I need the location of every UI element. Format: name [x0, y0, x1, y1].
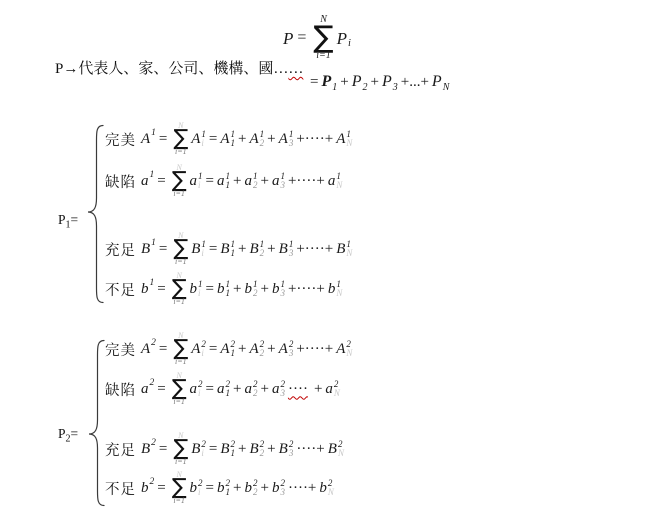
script-stack: 21	[231, 340, 236, 358]
variable: A23	[279, 340, 294, 358]
sigma-symbol: ∑	[172, 172, 187, 191]
variable-base: B	[250, 442, 259, 457]
operator: +····+	[288, 173, 325, 190]
variable-base: A	[141, 132, 150, 147]
group-p1-label: P1=	[58, 212, 78, 231]
row-label: 完美	[105, 129, 136, 150]
subscript: 2	[260, 139, 265, 148]
superscript: 2	[151, 439, 156, 449]
subscript: 1	[226, 488, 231, 497]
subscript: 1	[332, 83, 337, 93]
formula-row-p1-insufficient: 不足b1=N∑i=1b1i=b11+b12+b13+····+b1N	[105, 266, 342, 312]
variable-base: B	[250, 242, 259, 257]
variable: P3	[382, 74, 398, 90]
operator: +	[260, 173, 268, 190]
group-p1-label-base: P	[58, 212, 66, 227]
summation: N∑i=1	[172, 272, 187, 307]
sum-lower-limit: i=1	[175, 148, 187, 156]
subscript: 1	[231, 139, 236, 148]
variable-base: B	[141, 442, 150, 457]
variable: b1i	[190, 280, 203, 298]
operator: =	[206, 173, 214, 190]
variable-base: a	[141, 382, 149, 397]
variable-base: b	[272, 481, 280, 496]
subscript: 3	[280, 181, 285, 190]
row-label: 不足	[105, 478, 136, 499]
operator: +	[371, 74, 379, 91]
superscript: 1	[151, 129, 156, 139]
variable-base: B	[220, 242, 229, 257]
variable-base: b	[328, 282, 336, 297]
row-label: 缺陷	[105, 171, 136, 192]
operator: +	[267, 241, 275, 258]
operator: +	[233, 480, 241, 497]
row-label: 充足	[105, 439, 136, 460]
script-stack: 1i	[198, 172, 203, 190]
superscript: 1	[150, 171, 155, 181]
operator: =	[206, 480, 214, 497]
subscript: i	[201, 139, 206, 148]
variable-base: P	[321, 74, 331, 90]
script-stack: 22	[260, 440, 265, 458]
sigma-symbol: ∑	[313, 25, 333, 51]
operator: =	[209, 341, 217, 358]
variable: Pi	[337, 30, 351, 47]
script-stack: 11	[226, 172, 231, 190]
operator: +	[260, 281, 268, 298]
script-stack: 11	[231, 130, 236, 148]
script-stack: 13	[280, 280, 285, 298]
variable-base: b	[272, 282, 280, 297]
variable-base: A	[141, 342, 150, 357]
variable-base: A	[220, 342, 229, 357]
operator: +····+	[296, 241, 333, 258]
variable: b13	[272, 280, 285, 298]
subscript: i	[201, 249, 206, 258]
script-stack: 13	[289, 130, 294, 148]
variable-base: B	[279, 442, 288, 457]
variable-base: a	[244, 174, 252, 189]
variable-base: A	[336, 342, 345, 357]
variable-base: a	[190, 174, 198, 189]
variable-base: A	[191, 132, 200, 147]
variable: B11	[220, 240, 235, 258]
script-stack: 2N	[346, 340, 352, 358]
variable: A2N	[336, 340, 352, 358]
variable: a22	[244, 380, 257, 398]
script-stack: 21	[226, 479, 231, 497]
variable-base: A	[336, 132, 345, 147]
summation: N∑i=1	[172, 164, 187, 199]
subscript: 2	[253, 488, 258, 497]
variable: A1i	[191, 130, 206, 148]
variable: b2N	[319, 479, 334, 497]
variable: A1N	[336, 130, 352, 148]
intro-annotation: P→代表人、家、公司、機構、國……	[55, 57, 303, 78]
variable-base: b	[190, 481, 198, 496]
group-p1-label-eq: =	[71, 212, 79, 227]
script-stack: 21	[226, 380, 231, 398]
variable-base: B	[141, 242, 150, 257]
variable: B2	[141, 442, 156, 457]
variable-base: b	[141, 282, 149, 297]
operator: +	[340, 74, 348, 91]
variable: b12	[244, 280, 257, 298]
subscript: 2	[260, 449, 265, 458]
subscript: 2	[260, 349, 265, 358]
script-stack: 12	[260, 240, 265, 258]
subscript: i	[198, 289, 203, 298]
script-stack: 2N	[328, 479, 334, 497]
superscript: 1	[150, 279, 155, 289]
variable: A11	[220, 130, 235, 148]
variable: b2	[141, 481, 154, 496]
sigma-symbol: ∑	[172, 479, 187, 498]
variable-base: P	[432, 74, 442, 90]
script-stack: 22	[253, 380, 258, 398]
variable: A2i	[191, 340, 206, 358]
subscript: 2	[253, 181, 258, 190]
script-stack: 2N	[338, 440, 344, 458]
subscript: i	[198, 488, 203, 497]
variable: b1N	[328, 280, 343, 298]
variable: A13	[279, 130, 294, 148]
sum-lower-limit: i=1	[173, 190, 185, 198]
variable: A22	[250, 340, 265, 358]
script-stack: 13	[289, 240, 294, 258]
summation: N∑i=1	[173, 122, 188, 157]
variable: B2i	[191, 440, 206, 458]
subscript: 1	[231, 249, 236, 258]
subscript: 1	[231, 349, 236, 358]
summation: N∑i=1	[173, 232, 188, 267]
operator: +····+	[296, 341, 333, 358]
variable-base: A	[191, 342, 200, 357]
operator: =	[159, 441, 167, 458]
intro-text: P→代表人、家、公司、機構、國…	[55, 61, 288, 77]
sigma-symbol: ∑	[173, 440, 188, 459]
operator: +	[267, 131, 275, 148]
variable: A21	[220, 340, 235, 358]
script-stack: 1i	[198, 280, 203, 298]
variable-base: A	[279, 132, 288, 147]
variable: B23	[279, 440, 294, 458]
variable-base: a	[244, 382, 252, 397]
variable: B12	[250, 240, 265, 258]
operator: +	[267, 441, 275, 458]
subscript: 1	[226, 389, 231, 398]
variable-base: a	[217, 382, 225, 397]
summation: N∑i=1	[173, 332, 188, 367]
script-stack: 22	[260, 340, 265, 358]
variable-base: a	[325, 382, 333, 397]
variable: b11	[217, 280, 230, 298]
script-stack: 22	[253, 479, 258, 497]
variable: b2i	[190, 479, 203, 497]
variable-base: a	[217, 174, 225, 189]
script-stack: 1N	[346, 240, 352, 258]
subscript: 2	[260, 249, 265, 258]
variable: a1	[141, 174, 154, 189]
subscript: i	[348, 39, 351, 50]
operator: +····+	[296, 131, 333, 148]
operator: =	[206, 381, 214, 398]
operator: ····+	[288, 480, 316, 497]
subscript: N	[338, 449, 344, 458]
variable-base: B	[191, 242, 200, 257]
row-label: 不足	[105, 279, 136, 300]
script-stack: 23	[289, 440, 294, 458]
variable-base: B	[279, 242, 288, 257]
sum-lower-limit: i=1	[173, 398, 185, 406]
variable: B1i	[191, 240, 206, 258]
script-stack: 1N	[336, 280, 342, 298]
summation: N∑i=1	[173, 432, 188, 467]
variable: P1	[321, 74, 337, 90]
sigma-symbol: ∑	[173, 340, 188, 359]
subscript: i	[198, 181, 203, 190]
variable: B22	[250, 440, 265, 458]
variable-base: a	[141, 174, 149, 189]
subscript: 3	[289, 249, 294, 258]
subscript: 3	[289, 449, 294, 458]
script-stack: 1i	[201, 240, 206, 258]
variable-base: A	[250, 342, 259, 357]
variable: b21	[217, 479, 230, 497]
variable: a1N	[328, 172, 343, 190]
variable-base: B	[328, 442, 337, 457]
subscript: 3	[289, 349, 294, 358]
sum-lower-limit: i=1	[173, 497, 185, 505]
variable-base: P	[352, 74, 362, 90]
operator: +	[314, 381, 322, 398]
operator: =	[209, 441, 217, 458]
variable: A1	[141, 132, 156, 147]
variable-base: A	[250, 132, 259, 147]
left-brace-p1	[86, 124, 106, 304]
subscript: 3	[280, 289, 285, 298]
variable: b1	[141, 282, 154, 297]
variable: a2N	[325, 380, 340, 398]
variable-base: b	[244, 282, 252, 297]
operator: =	[157, 480, 165, 497]
variable-base: b	[190, 282, 198, 297]
operator-spellcheck-squiggle: ····	[288, 381, 308, 398]
subscript: N	[346, 139, 352, 148]
operator: +	[260, 381, 268, 398]
formula-row-p2-insufficient: 不足b2=N∑i=1b2i=b21+b22+b23····+b2N	[105, 465, 334, 511]
operator: =	[159, 131, 167, 148]
operator: +	[238, 441, 246, 458]
operator: +	[238, 341, 246, 358]
subscript: i	[201, 449, 206, 458]
script-stack: 2i	[201, 340, 206, 358]
operator: =	[310, 74, 318, 91]
superscript: 2	[150, 478, 155, 488]
script-stack: 23	[280, 479, 285, 497]
subscript: N	[346, 349, 352, 358]
row-label: 充足	[105, 239, 136, 260]
subscript: 1	[226, 181, 231, 190]
operator: =	[157, 173, 165, 190]
summation: N∑i=1	[172, 372, 187, 407]
variable: B1	[141, 242, 156, 257]
sigma-symbol: ∑	[172, 280, 187, 299]
variable: a11	[217, 172, 230, 190]
subscript: 1	[231, 449, 236, 458]
variable-base: a	[190, 382, 198, 397]
variable: a2i	[190, 380, 203, 398]
superscript: 1	[151, 239, 156, 249]
variable: PN	[432, 74, 449, 90]
variable: b22	[244, 479, 257, 497]
variable: a2	[141, 382, 154, 397]
operator: =	[209, 131, 217, 148]
variable-base: b	[217, 481, 225, 496]
subscript: i	[198, 389, 203, 398]
script-stack: 12	[253, 172, 258, 190]
script-stack: 11	[226, 280, 231, 298]
script-stack: 12	[253, 280, 258, 298]
operator: +	[233, 281, 241, 298]
superscript: 2	[151, 339, 156, 349]
variable: P	[283, 30, 293, 47]
script-stack: 2N	[334, 380, 340, 398]
script-stack: 1N	[336, 172, 342, 190]
operator: +····+	[288, 281, 325, 298]
script-stack: 2i	[198, 380, 203, 398]
subscript: 3	[289, 139, 294, 148]
sum-lower-limit: i=1	[173, 298, 185, 306]
operator: +	[233, 381, 241, 398]
row-label: 缺陷	[105, 379, 136, 400]
script-stack: 12	[260, 130, 265, 148]
variable: a1i	[190, 172, 203, 190]
operator: =	[157, 381, 165, 398]
formula-row-p1-perfect: 完美A1=N∑i=1A1i=A11+A12+A13+····+A1N	[105, 116, 352, 162]
variable-base: A	[220, 132, 229, 147]
row-label: 完美	[105, 339, 136, 360]
variable-base: b	[244, 481, 252, 496]
subscript: N	[336, 289, 342, 298]
operator: =	[159, 241, 167, 258]
subscript: 2	[253, 289, 258, 298]
formula-row-p2-defect: 缺陷a2=N∑i=1a2i=a21+a22+a23····+a2N	[105, 366, 340, 412]
subscript: 1	[226, 289, 231, 298]
variable: P2	[352, 74, 368, 90]
variable-base: B	[220, 442, 229, 457]
variable: b23	[272, 479, 285, 497]
intro-text-spellcheck-squiggle: …	[288, 61, 303, 77]
variable-base: B	[191, 442, 200, 457]
operator: +	[260, 480, 268, 497]
variable: a13	[272, 172, 285, 190]
variable: B1N	[336, 240, 352, 258]
subscript: N	[334, 389, 340, 398]
sum-lower-limit: i=1	[316, 51, 331, 61]
script-stack: 21	[231, 440, 236, 458]
sigma-symbol: ∑	[173, 130, 188, 149]
subscript: N	[328, 488, 334, 497]
subscript: i	[201, 349, 206, 358]
script-stack: 2i	[201, 440, 206, 458]
variable: a21	[217, 380, 230, 398]
operator: ····+	[296, 441, 324, 458]
group-p2-label: P2=	[58, 426, 78, 445]
operator: =	[157, 281, 165, 298]
variable-base: b	[141, 481, 149, 496]
script-stack: 13	[280, 172, 285, 190]
sigma-symbol: ∑	[172, 380, 187, 399]
script-stack: 23	[280, 380, 285, 398]
superscript: 2	[150, 379, 155, 389]
variable: A12	[250, 130, 265, 148]
subscript: N	[443, 83, 450, 93]
variable-base: a	[272, 174, 280, 189]
operator: =	[159, 341, 167, 358]
variable-base: P	[382, 74, 392, 90]
script-stack: 23	[289, 340, 294, 358]
variable: B2N	[328, 440, 344, 458]
operator: =	[206, 281, 214, 298]
variable: B13	[279, 240, 294, 258]
left-brace-p2	[87, 339, 107, 507]
variable-base: A	[279, 342, 288, 357]
variable: A2	[141, 342, 156, 357]
subscript: 2	[363, 83, 368, 93]
operator: =	[209, 241, 217, 258]
variable-base: b	[319, 481, 327, 496]
operator: +	[267, 341, 275, 358]
main-equation-line2: =P1+P2+P3+...+PN	[307, 70, 449, 94]
subscript: 3	[280, 488, 285, 497]
operator: =	[297, 29, 306, 47]
subscript: 3	[280, 389, 285, 398]
variable: B21	[220, 440, 235, 458]
script-stack: 1i	[201, 130, 206, 148]
subscript: N	[346, 249, 352, 258]
subscript: N	[336, 181, 342, 190]
variable-base: b	[217, 282, 225, 297]
sigma-symbol: ∑	[173, 240, 188, 259]
group-p2-label-base: P	[58, 426, 66, 441]
subscript: 3	[393, 83, 398, 93]
operator: +	[238, 241, 246, 258]
operator: +	[238, 131, 246, 148]
script-stack: 11	[231, 240, 236, 258]
variable-base: a	[272, 382, 280, 397]
variable: a23	[272, 380, 285, 398]
operator: +...+	[401, 74, 429, 91]
group-p2-label-eq: =	[71, 426, 79, 441]
document-page: P=N∑i=1Pi =P1+P2+P3+...+PN P→代表人、家、公司、機構…	[0, 0, 657, 518]
summation: N∑i=1	[172, 471, 187, 506]
variable: a12	[244, 172, 257, 190]
operator: +	[233, 173, 241, 190]
variable-base: P	[337, 30, 347, 47]
variable-base: a	[328, 174, 336, 189]
formula-row-p1-defect: 缺陷a1=N∑i=1a1i=a11+a12+a13+····+a1N	[105, 158, 342, 204]
script-stack: 1N	[346, 130, 352, 148]
summation: N∑i=1	[313, 15, 333, 61]
variable-base: P	[283, 30, 293, 47]
subscript: 2	[253, 389, 258, 398]
variable-base: B	[336, 242, 345, 257]
script-stack: 2i	[198, 479, 203, 497]
